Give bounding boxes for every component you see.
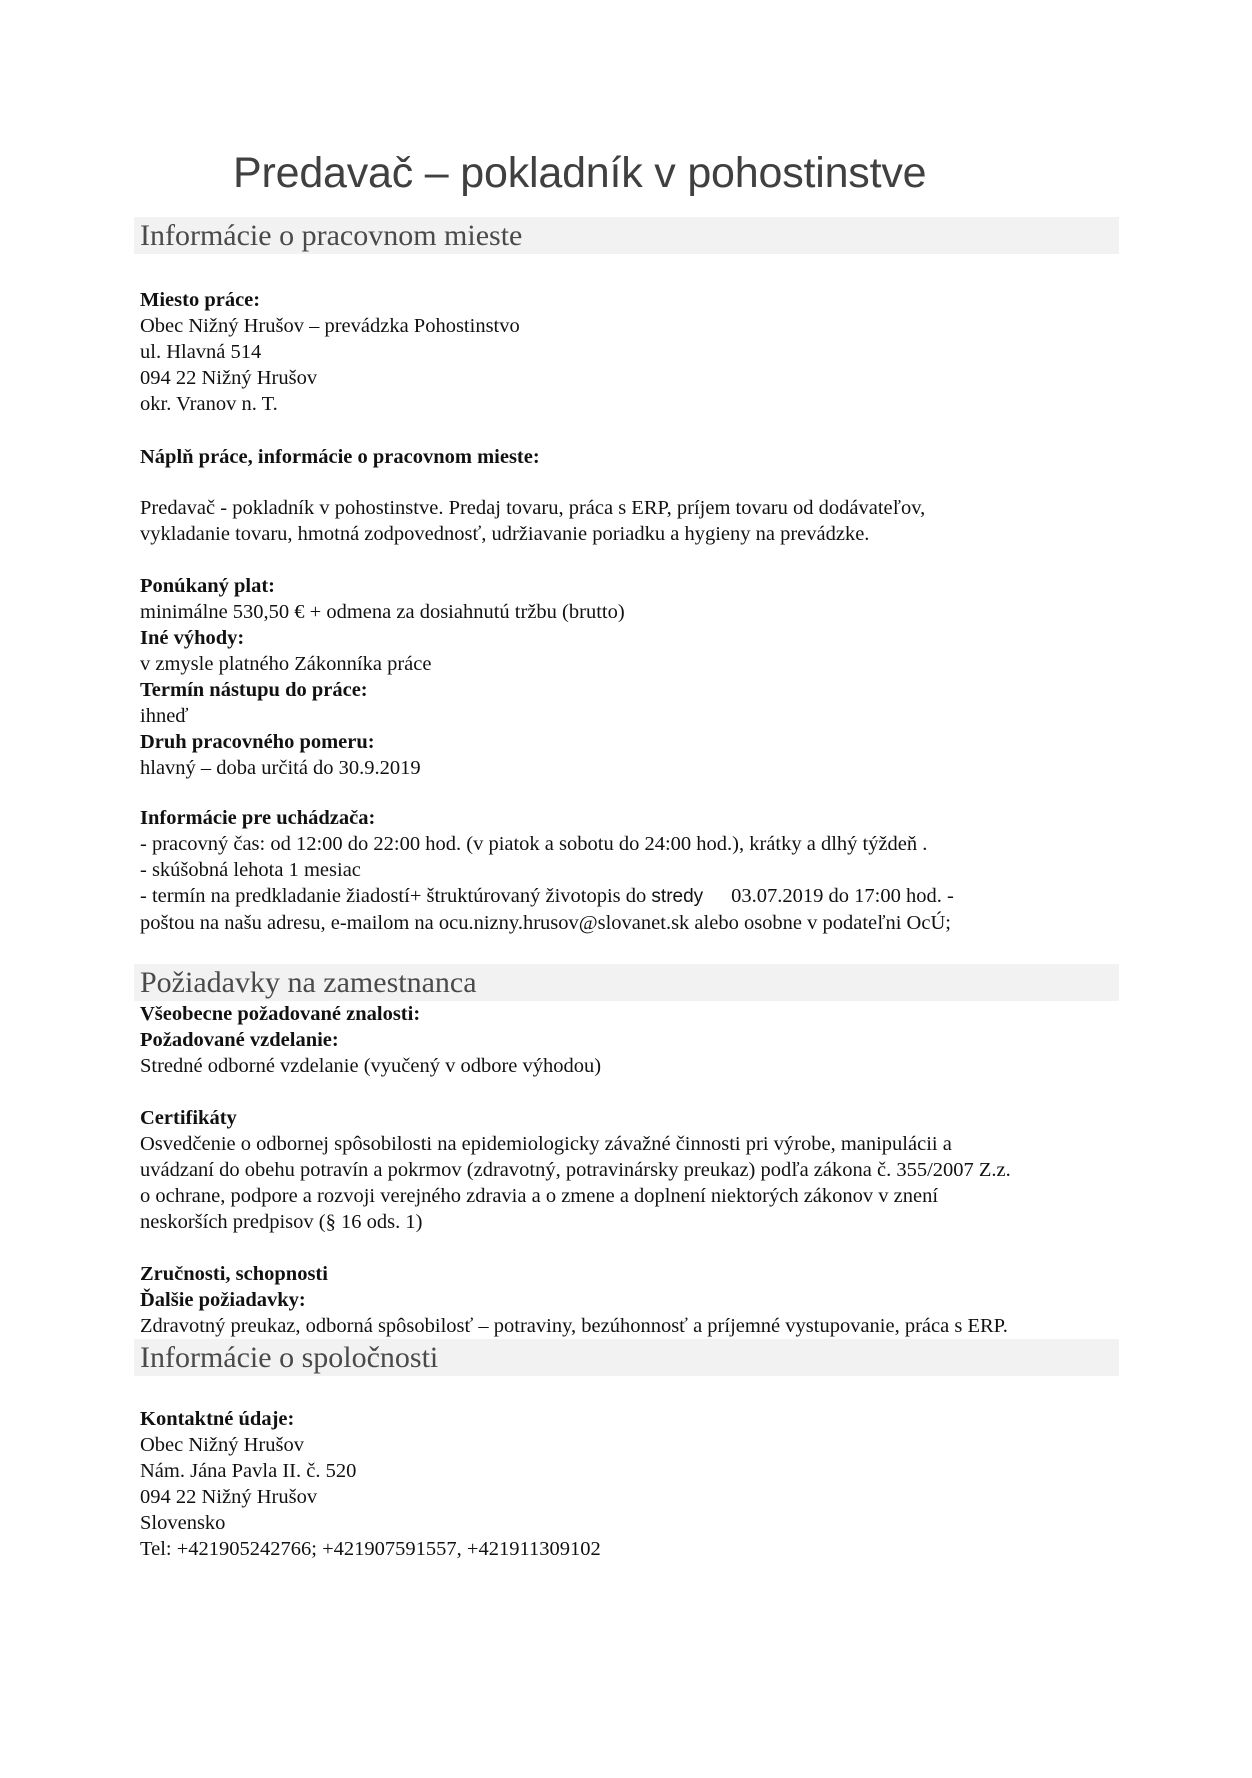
field-label: Certifikáty xyxy=(140,1105,1011,1131)
field-label: Požadované vzdelanie: xyxy=(140,1027,601,1053)
other-requirements-value: Zdravotný preukaz, odborná spôsobilosť –… xyxy=(140,1313,1008,1339)
info-line: poštou na našu adresu, e-mailom na ocu.n… xyxy=(140,910,954,936)
address-line: ul. Hlavná 514 xyxy=(140,339,520,365)
applicant-info-block: Informácie pre uchádzača: - pracovný čas… xyxy=(140,805,954,936)
deadline-text: - termín na predkladanie žiadostí+ štruk… xyxy=(140,885,651,907)
paragraph-line: Osvedčenie o odbornej spôsobilosti na ep… xyxy=(140,1131,1011,1157)
section-header-company: Informácie o spoločnosti xyxy=(134,1339,1119,1376)
address-line: 094 22 Nižný Hrušov xyxy=(140,365,520,391)
workplace-block: Miesto práce: Obec Nižný Hrušov – prevád… xyxy=(140,287,520,417)
page-title: Predavač – pokladník v pohostinstve xyxy=(233,152,926,195)
field-label: Iné výhody: xyxy=(140,625,625,651)
field-label: Informácie pre uchádzača: xyxy=(140,805,954,831)
section-heading: Požiadavky na zamestnanca xyxy=(140,965,477,1001)
address-line: Obec Nižný Hrušov – prevádzka Pohostinst… xyxy=(140,313,520,339)
contact-line: 094 22 Nižný Hrušov xyxy=(140,1484,601,1510)
employment-details: Ponúkaný plat: minimálne 530,50 € + odme… xyxy=(140,573,625,781)
benefits-value: v zmysle platného Zákonníka práce xyxy=(140,651,625,677)
start-value: ihneď xyxy=(140,703,625,729)
info-line: - termín na predkladanie žiadostí+ štruk… xyxy=(140,883,954,910)
salary-value: minimálne 530,50 € + odmena za dosiahnut… xyxy=(140,599,625,625)
contact-phone: Tel: +421905242766; +421907591557, +4219… xyxy=(140,1536,601,1562)
field-label: Ponúkaný plat: xyxy=(140,573,625,599)
document-page: Predavač – pokladník v pohostinstve Info… xyxy=(0,0,1252,1778)
section-header-job-info: Informácie o pracovnom mieste xyxy=(134,217,1119,254)
field-label: Zručnosti, schopnosti xyxy=(140,1261,1008,1287)
paragraph-line: o ochrane, podpore a rozvoji verejného z… xyxy=(140,1183,1011,1209)
contact-block: Kontaktné údaje: Obec Nižný Hrušov Nám. … xyxy=(140,1406,601,1562)
duties-block: Náplň práce, informácie o pracovnom mies… xyxy=(140,444,540,470)
field-label: Všeobecne požadované znalosti: xyxy=(140,1001,601,1027)
paragraph-line: neskorších predpisov (§ 16 ods. 1) xyxy=(140,1209,1011,1235)
paragraph-line: Predavač - pokladník v pohostinstve. Pre… xyxy=(140,495,925,521)
paragraph-line: vykladanie tovaru, hmotná zodpovednosť, … xyxy=(140,521,925,547)
section-heading: Informácie o pracovnom mieste xyxy=(140,218,522,254)
skills-block: Zručnosti, schopnosti Ďalšie požiadavky:… xyxy=(140,1261,1008,1339)
field-label: Miesto práce: xyxy=(140,287,520,313)
field-label: Termín nástupu do práce: xyxy=(140,677,625,703)
requirements-block: Všeobecne požadované znalosti: Požadovan… xyxy=(140,1001,601,1079)
field-label: Druh pracovného pomeru: xyxy=(140,729,625,755)
section-header-requirements: Požiadavky na zamestnanca xyxy=(134,964,1119,1001)
contact-line: Slovensko xyxy=(140,1510,601,1536)
field-label: Ďalšie požiadavky: xyxy=(140,1287,1008,1313)
contract-value: hlavný – doba určitá do 30.9.2019 xyxy=(140,755,625,781)
contact-line: Nám. Jána Pavla II. č. 520 xyxy=(140,1458,601,1484)
field-label: Náplň práce, informácie o pracovnom mies… xyxy=(140,444,540,470)
address-line: okr. Vranov n. T. xyxy=(140,391,520,417)
info-line: - pracovný čas: od 12:00 do 22:00 hod. (… xyxy=(140,831,954,857)
field-label: Kontaktné údaje: xyxy=(140,1406,601,1432)
duties-text: Predavač - pokladník v pohostinstve. Pre… xyxy=(140,495,925,547)
deadline-date: 03.07.2019 do 17:00 hod. - xyxy=(731,885,954,907)
certificates-block: Certifikáty Osvedčenie o odbornej spôsob… xyxy=(140,1105,1011,1235)
info-line: - skúšobná lehota 1 mesiac xyxy=(140,857,954,883)
education-value: Stredné odborné vzdelanie (vyučený v odb… xyxy=(140,1053,601,1079)
deadline-day: stredy xyxy=(651,886,703,907)
contact-line: Obec Nižný Hrušov xyxy=(140,1432,601,1458)
section-heading: Informácie o spoločnosti xyxy=(140,1340,438,1376)
paragraph-line: uvádzaní do obehu potravín a pokrmov (zd… xyxy=(140,1157,1011,1183)
